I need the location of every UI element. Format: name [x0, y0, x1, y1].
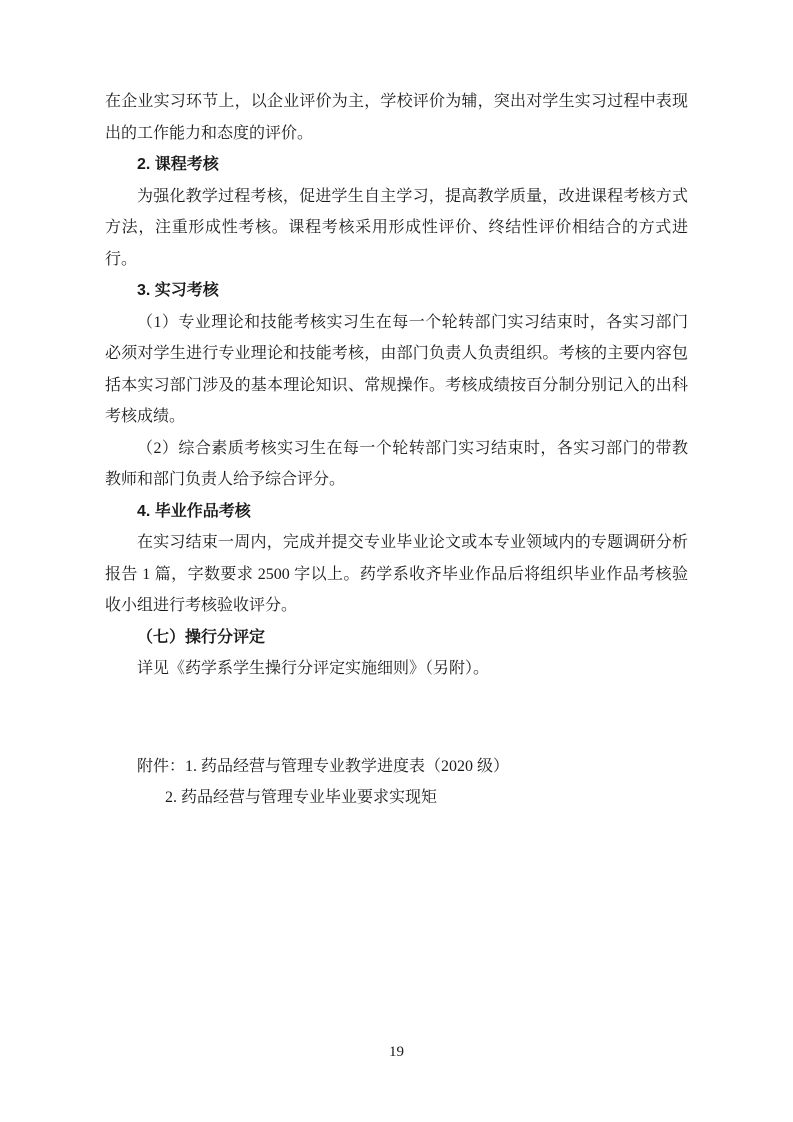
paragraph-conduct-score-reference: 详见《药学系学生操行分评定实施细则》（另附）。: [105, 653, 688, 685]
paragraph-internship-assessment-item1: （1）专业理论和技能考核实习生在每一个轮转部门实习结束时，各实习部门必须对学生进…: [105, 307, 688, 433]
attachment-item-1: 1. 药品经营与管理专业教学进度表（2020 级）: [185, 758, 509, 775]
paragraph-course-assessment-detail: 为强化教学过程考核，促进学生自主学习，提高教学质量，改进课程考核方式方法，注重形…: [105, 181, 688, 276]
section-heading-graduation-work-assessment: 4. 毕业作品考核: [105, 496, 688, 528]
section-heading-conduct-score-evaluation: （七）操行分评定: [105, 622, 688, 654]
document-page: 在企业实习环节上，以企业评价为主，学校评价为辅，突出对学生实习过程中表现出的工作…: [0, 0, 793, 1122]
document-body: 在企业实习环节上，以企业评价为主，学校评价为辅，突出对学生实习过程中表现出的工作…: [105, 86, 688, 814]
paragraph-enterprise-internship-evaluation: 在企业实习环节上，以企业评价为主，学校评价为辅，突出对学生实习过程中表现出的工作…: [105, 86, 688, 149]
attachments-section: 附件：1. 药品经营与管理专业教学进度表（2020 级） 2. 药品经营与管理专…: [137, 751, 688, 814]
paragraph-graduation-work-detail: 在实习结束一周内，完成并提交专业毕业论文或本专业领域内的专题调研分析报告 1 篇…: [105, 527, 688, 622]
attachments-label: 附件：: [137, 758, 185, 775]
section-heading-course-assessment: 2. 课程考核: [105, 149, 688, 181]
page-number: 19: [0, 1042, 793, 1062]
attachment-line-2: 2. 药品经营与管理专业毕业要求实现矩: [165, 782, 688, 814]
paragraph-internship-assessment-item2: （2）综合素质考核实习生在每一个轮转部门实习结束时，各实习部门的带教教师和部门负…: [105, 433, 688, 496]
attachment-line-1: 附件：1. 药品经营与管理专业教学进度表（2020 级）: [137, 751, 688, 783]
section-heading-internship-assessment: 3. 实习考核: [105, 275, 688, 307]
attachment-item-2: 2. 药品经营与管理专业毕业要求实现矩: [165, 789, 437, 806]
